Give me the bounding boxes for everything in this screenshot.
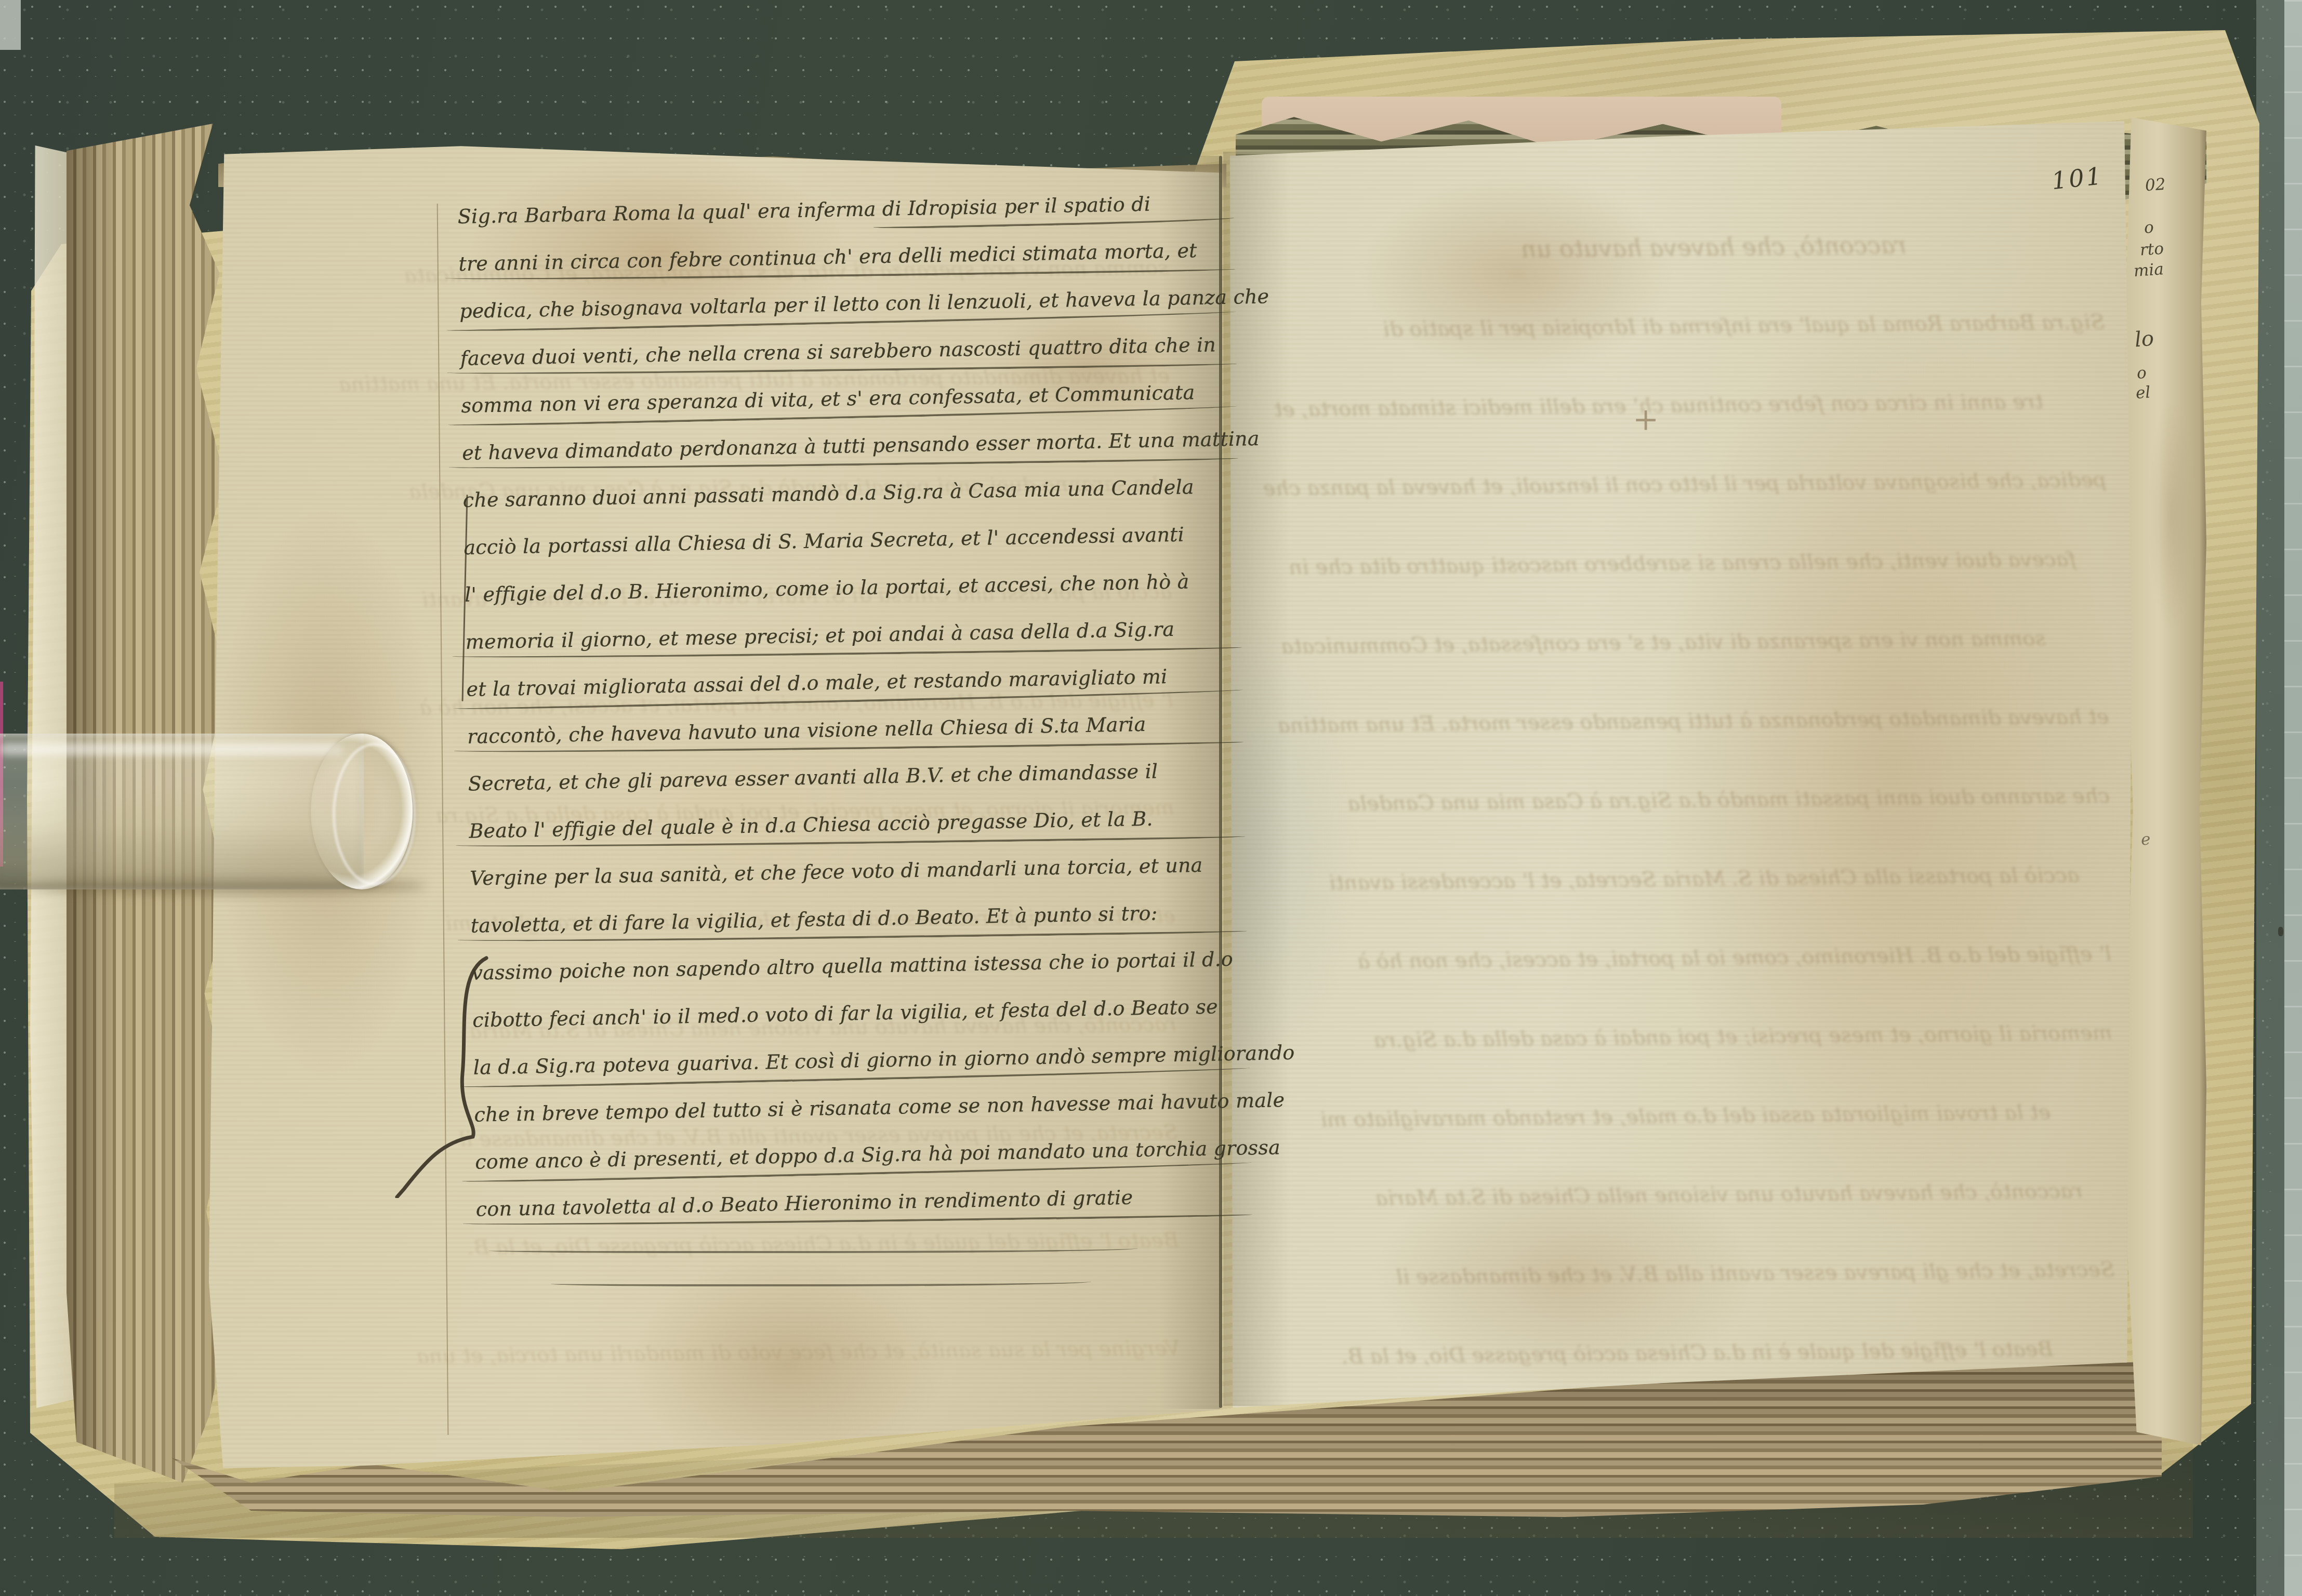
glass-weight-rod (0, 734, 364, 889)
right-page-show-through: raccontò, che haveva havuto unSig.ra Bar… (1277, 204, 2116, 1397)
cross-mark: + (1633, 401, 1659, 437)
show-through-line: somma non vi era speranza di vita, et s'… (1281, 599, 2046, 686)
manuscript-photo: somma non vi era speranza di vita, et s'… (0, 0, 2302, 1596)
show-through-line: tre anni in circa con febre continua ch'… (1279, 362, 2044, 449)
show-through-line: faceva duoi venti, che nella crena si sa… (1280, 520, 2076, 607)
glass-rod-highlight (0, 743, 343, 755)
show-through-line: pedica, che bisognava voltarla per il le… (1280, 441, 2107, 528)
show-through-line: memoria il giorno, et mese precisi; et p… (1286, 993, 2113, 1081)
background-top-left-patch (0, 0, 21, 50)
edge-ink-mark (2278, 927, 2283, 936)
next-page-fragment: rto (2139, 239, 2164, 259)
background-right-strip (2284, 0, 2302, 1596)
show-through-line: et haveva dimandato perdonanza à tutti p… (1282, 677, 2110, 765)
next-page-fragment: e (2140, 830, 2151, 849)
manuscript-text-block: Sig.ra Barbara Roma la qual' era inferma… (457, 179, 1245, 1233)
next-page-fragment: lo (2134, 327, 2154, 352)
show-through-line: Vergine per la sua sanità, et che fece v… (296, 1294, 1181, 1412)
show-through-line: et la trovai migliorata assai del d.o ma… (1287, 1073, 2052, 1160)
show-through-line: Sig.ra Barbara Roma la qual' era inferma… (1278, 283, 2106, 370)
next-page-fragment: el (2135, 383, 2151, 403)
show-through-line: Beato l' effigie del quale è in d.a Chie… (1289, 1310, 2054, 1396)
show-through-line: l' effigie del d.o B. Hieronimo, come io… (1285, 914, 2112, 1002)
background-right-shade (2256, 0, 2286, 1596)
next-page-fragment: o (2136, 363, 2147, 382)
glass-rod-cap-rim (333, 743, 416, 885)
show-through-line: acciò la portassi alla Chiesa di S. Mari… (1284, 835, 2080, 923)
show-through-line: raccontò, che haveva havuto una visione … (1287, 1151, 2083, 1239)
show-through-line: Secreta, et che gli pareva esser avanti … (1288, 1230, 2115, 1318)
show-through-line: raccontò, che haveva havuto un (1277, 206, 1907, 291)
show-through-line: che saranno duoi anni passati mandò d.a … (1283, 756, 2110, 844)
next-page-fragment: 02 (2145, 175, 2166, 195)
next-page-edge-strip (2119, 117, 2206, 1445)
next-page-fragment: mia (2133, 260, 2164, 281)
folio-number: 101 (2050, 162, 2105, 195)
next-page-fragment: o (2144, 218, 2154, 237)
